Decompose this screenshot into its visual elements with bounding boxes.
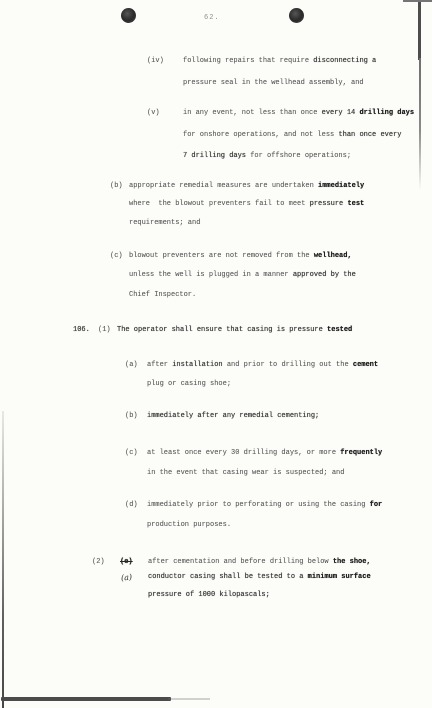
clause-text: after installation and prior to drilling… <box>147 361 378 370</box>
text-segment: for <box>370 501 383 509</box>
text-segment: and prior to drilling out the <box>223 361 353 369</box>
text-segment: installation <box>172 361 222 369</box>
text-segment: after cementation and before drilling be… <box>148 558 333 566</box>
clause-label: (c) <box>125 449 138 458</box>
text-segment: in any event, not less than once <box>183 109 322 117</box>
clause-label: (v) <box>147 109 160 118</box>
text-segment: tested <box>327 326 352 334</box>
text-segment: (1) <box>98 326 111 334</box>
text-segment: minimum surface <box>308 573 371 581</box>
handwritten-label: (a) <box>121 573 132 584</box>
clause-label: (iv) <box>147 57 164 66</box>
text-segment: plug or casing shoe; <box>147 380 231 388</box>
text-segment: (b) <box>110 182 123 190</box>
text-segment: (2) <box>92 558 105 566</box>
text-segment: drilling days <box>359 109 414 117</box>
text-segment: requirements; and <box>129 219 200 227</box>
text-segment: (a) <box>121 573 133 583</box>
text-segment: blowout preventers are not removed from … <box>129 252 314 260</box>
text-segment: for onshore operations, and not less <box>183 131 338 139</box>
clause-text: production purposes. <box>147 521 231 530</box>
text-segment: following repairs that require <box>183 57 313 65</box>
text-segment: pressure seal in the wellhead assembly, … <box>183 79 364 87</box>
clause-text: in the event that casing wear is suspect… <box>147 469 344 478</box>
clause-label: (b) <box>125 412 138 421</box>
text-segment: conductor casing shall be tested to a <box>148 573 308 581</box>
clause-text: 7 drilling days for offshore operations; <box>183 152 351 161</box>
text-segment: test <box>347 200 364 208</box>
subsection-number: (2) <box>92 558 105 567</box>
clause-text: appropriate remedial measures are undert… <box>129 182 364 191</box>
clause-text: plug or casing shoe; <box>147 380 231 389</box>
text-segment: (iv) <box>147 57 164 65</box>
document-page: 62. (iv)following repairs that require d… <box>0 0 432 708</box>
clause-label: (a) <box>125 361 138 370</box>
clause-text: conductor casing shall be tested to a mi… <box>148 573 371 582</box>
clause-text: where the blowout preventers fail to mee… <box>129 200 364 209</box>
text-segment: (a) <box>125 361 138 369</box>
clause-text: pressure seal in the wellhead assembly, … <box>183 79 364 88</box>
text-segment: (d) <box>125 501 138 509</box>
text-segment: the shoe, <box>333 558 371 566</box>
text-segment: appropriate remedial measures are undert… <box>129 182 318 190</box>
clause-text: after cementation and before drilling be… <box>148 558 371 567</box>
clause-text: Chief Inspector. <box>129 291 196 300</box>
clause-text: for onshore operations, and not less tha… <box>183 131 401 140</box>
clause-text: blowout preventers are not removed from … <box>129 252 352 261</box>
text-segment: wellhead, <box>314 252 352 260</box>
text-segment: 7 drilling days <box>183 152 250 160</box>
text-segment: unless the well is plugged in a manner <box>129 271 293 279</box>
text-segment: (v) <box>147 109 160 117</box>
section-number: 106. <box>73 326 90 335</box>
text-segment: after <box>147 361 172 369</box>
text-segment: cement <box>353 361 378 369</box>
clause-text: The operator shall ensure that casing is… <box>117 326 352 335</box>
text-segment: Chief Inspector. <box>129 291 196 299</box>
clause-label: (d) <box>125 501 138 510</box>
text-segment: pressure of 1000 kilopascals; <box>148 591 270 599</box>
clause-text: requirements; and <box>129 219 200 228</box>
typewritten-text: (iv)following repairs that require disco… <box>0 0 432 708</box>
clause-label: (b) <box>110 182 123 191</box>
clause-text: immediately after any remedial cementing… <box>147 412 319 421</box>
text-segment: frequently <box>340 449 382 457</box>
text-segment: (c) <box>125 449 138 457</box>
clause-label: (c) <box>110 252 123 261</box>
text-segment: for offshore operations; <box>250 152 351 160</box>
clause-text: immediately prior to perforating or usin… <box>147 501 382 510</box>
text-segment: (c) <box>110 252 123 260</box>
text-segment: where the blowout preventers fail to mee… <box>129 200 310 208</box>
clause-text: following repairs that require disconnec… <box>183 57 376 66</box>
text-segment: (b) <box>125 412 138 420</box>
text-segment: immediately <box>318 182 364 190</box>
clause-text: at least once every 30 drilling days, or… <box>147 449 382 458</box>
text-segment: (e) <box>120 558 133 566</box>
text-segment: at least once every 30 drilling days, or… <box>147 449 340 457</box>
clause-text: unless the well is plugged in a manner a… <box>129 271 356 280</box>
subsection-number: (1) <box>98 326 111 335</box>
text-segment: immediately after any remedial cementing… <box>147 412 319 420</box>
text-segment: in the event that casing wear is suspect… <box>147 469 344 477</box>
text-segment: pressure <box>310 200 348 208</box>
text-segment: immediately prior to perforating or usin… <box>147 501 370 509</box>
text-segment: disconnecting a <box>313 57 376 65</box>
text-segment: production purposes. <box>147 521 231 529</box>
text-segment: The operator shall ensure that casing is… <box>117 326 327 334</box>
clause-text: pressure of 1000 kilopascals; <box>148 591 270 600</box>
clause-text: in any event, not less than once every 1… <box>183 109 414 118</box>
text-segment: every 14 <box>322 109 360 117</box>
text-segment: 106. <box>73 326 90 334</box>
text-segment: than once every <box>338 131 401 139</box>
struck-out-label: (e) <box>120 558 133 567</box>
text-segment: approved by the <box>293 271 356 279</box>
